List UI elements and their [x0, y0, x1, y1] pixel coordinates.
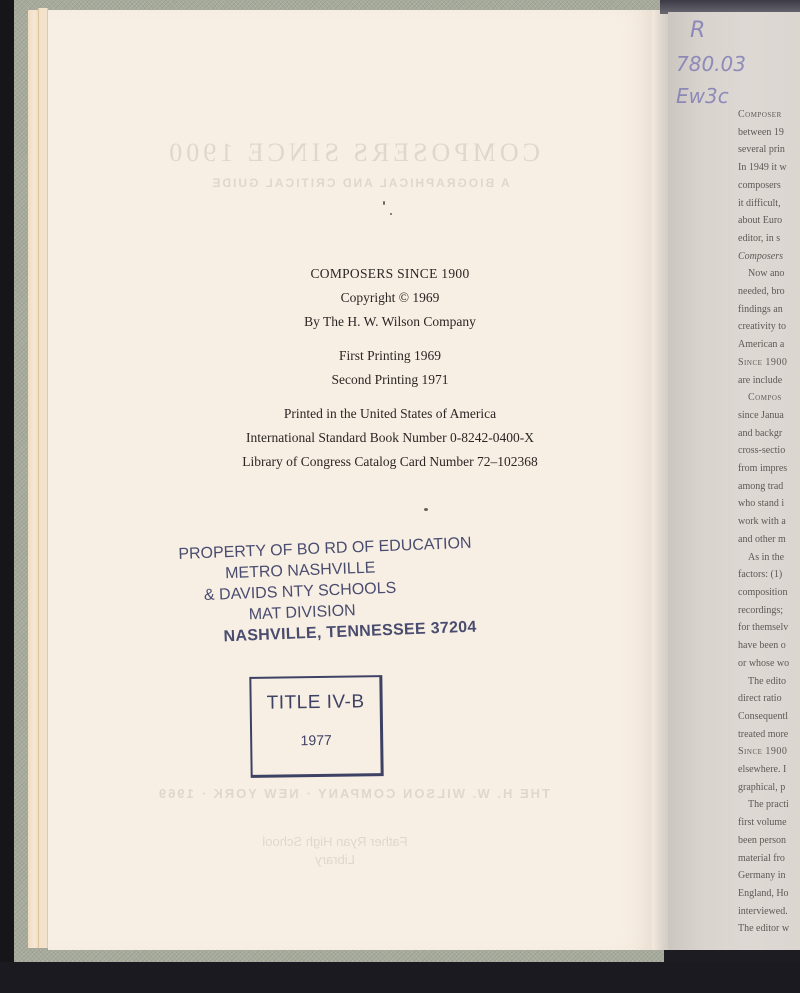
preface-text-line: The practi — [738, 796, 800, 814]
bleed-through-publisher: THE H. W. WILSON COMPANY · NEW YORK · 19… — [170, 786, 550, 801]
preface-text-line: have been o — [738, 637, 800, 655]
preface-text-line: and other m — [738, 531, 800, 549]
bleed-through-library-2: Library — [230, 852, 440, 867]
preface-text-line: graphical, p — [738, 779, 800, 797]
printed-in-line: Printed in the United States of America — [200, 402, 580, 426]
preface-text-line: been person — [738, 832, 800, 850]
call-number-line-2: 780.03 — [676, 52, 746, 76]
preface-text-line: Composer — [738, 106, 800, 124]
bleed-through-subtitle: A BIOGRAPHICAL AND CRITICAL GUIDE — [180, 176, 540, 190]
preface-text-line: Since 1900 — [738, 354, 800, 372]
paper-speck — [383, 201, 385, 205]
preface-text-line: about Euro — [738, 212, 800, 230]
bleed-through-library-1: Father Ryan High School — [230, 834, 440, 849]
book-title: COMPOSERS SINCE 1900 — [200, 262, 580, 286]
bleed-through-title: COMPOSERS SINCE 1900 — [180, 138, 540, 168]
preface-text-line: Consequentl — [738, 708, 800, 726]
preface-text-line: creativity to — [738, 318, 800, 336]
preface-text-line: recordings; — [738, 602, 800, 620]
background-bottom — [0, 962, 800, 993]
preface-text-line: composers — [738, 177, 800, 195]
copyright-line: Copyright © 1969 — [200, 286, 580, 310]
preface-text-line: first volume — [738, 814, 800, 832]
preface-text-line: cross-sectio — [738, 442, 800, 460]
preface-text-line: England, Ho — [738, 885, 800, 903]
preface-text: Composerbetween 19several prinIn 1949 it… — [738, 106, 800, 938]
title-stamp-label: TITLE IV-B — [252, 691, 380, 715]
preface-text-line: factors: (1) — [738, 566, 800, 584]
first-printing: First Printing 1969 — [200, 344, 580, 368]
call-number-line-3: Ew3c — [676, 84, 729, 108]
paper-speck — [390, 213, 392, 215]
preface-text-line: composition — [738, 584, 800, 602]
preface-text-line: or whose wo — [738, 655, 800, 673]
preface-text-line: who stand i — [738, 495, 800, 513]
preface-text-line: direct ratio — [738, 690, 800, 708]
preface-text-line: Germany in — [738, 867, 800, 885]
preface-text-line: findings an — [738, 301, 800, 319]
publisher-line: By The H. W. Wilson Company — [200, 310, 580, 334]
preface-text-line: The edito — [738, 673, 800, 691]
preface-text-line: material fro — [738, 850, 800, 868]
preface-text-line: among trad — [738, 478, 800, 496]
preface-text-line: As in the — [738, 549, 800, 567]
copyright-block: COMPOSERS SINCE 1900 Copyright © 1969 By… — [200, 262, 580, 474]
call-number-line-1: R — [690, 18, 705, 43]
title-iv-b-stamp: TITLE IV-B 1977 — [249, 675, 383, 778]
preface-text-line: editor, in s — [738, 230, 800, 248]
preface-text-line: since Janua — [738, 407, 800, 425]
preface-text-line: it difficult, — [738, 195, 800, 213]
second-printing: Second Printing 1971 — [200, 368, 580, 392]
preface-text-line: from impres — [738, 460, 800, 478]
preface-text-line: several prin — [738, 141, 800, 159]
preface-text-line: are include — [738, 372, 800, 390]
title-stamp-year: 1977 — [252, 731, 380, 749]
preface-text-line: Composers — [738, 248, 800, 266]
preface-text-line: for themselv — [738, 619, 800, 637]
preface-text-line: elsewhere. I — [738, 761, 800, 779]
paper-speck — [424, 508, 428, 511]
endpaper-fold — [38, 8, 48, 948]
preface-text-line: The editor w — [738, 920, 800, 938]
isbn-line: International Standard Book Number 0-824… — [200, 426, 580, 450]
preface-text-line: interviewed. — [738, 903, 800, 921]
preface-text-line: Now ano — [738, 265, 800, 283]
preface-text-line: Compos — [738, 389, 800, 407]
preface-text-line: Since 1900 — [738, 743, 800, 761]
preface-text-line: between 19 — [738, 124, 800, 142]
preface-text-line: treated more — [738, 726, 800, 744]
preface-text-line: and backgr — [738, 425, 800, 443]
preface-text-line: In 1949 it w — [738, 159, 800, 177]
preface-text-line: American a — [738, 336, 800, 354]
preface-text-line: needed, bro — [738, 283, 800, 301]
lccn-line: Library of Congress Catalog Card Number … — [200, 450, 580, 474]
preface-text-line: work with a — [738, 513, 800, 531]
property-stamp: PROPERTY OF BO RD OF EDUCATION METRO NAS… — [178, 533, 477, 649]
